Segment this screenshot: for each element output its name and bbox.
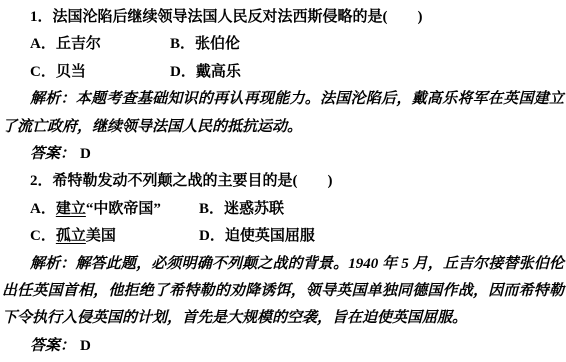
options-row-ab: A．建立“中欧帝国” B．迷惑苏联 bbox=[2, 196, 564, 223]
option-underlined-text: 建立 bbox=[56, 201, 86, 217]
options-row-ab: A．丘吉尔 B．张伯伦 bbox=[2, 31, 564, 58]
option-c: C．孤立美国 bbox=[30, 223, 199, 250]
option-d: D．迫使英国屈服 bbox=[199, 223, 315, 250]
option-d: D．戴高乐 bbox=[170, 59, 241, 86]
answer-label: 答案： bbox=[30, 338, 75, 354]
options-row-cd: C．孤立美国 D．迫使英国屈服 bbox=[2, 223, 564, 250]
analysis-label: 解析： bbox=[30, 256, 75, 272]
option-text: 丘吉尔 bbox=[56, 36, 101, 52]
question-number: 1． bbox=[30, 9, 53, 25]
answer-value: D bbox=[75, 338, 91, 354]
question-stem-text: 希特勒发动不列颠之战的主要目的是( ) bbox=[53, 173, 333, 189]
option-text: 戴高乐 bbox=[196, 64, 241, 80]
analysis-paragraph: 解析：本题考查基础知识的再认再现能力。法国沦陷后，戴高乐将军在英国建立了流亡政府… bbox=[2, 86, 564, 141]
option-label: A． bbox=[30, 201, 56, 217]
option-text: “中欧帝国” bbox=[86, 201, 161, 217]
answer-line: 答案：D bbox=[2, 141, 564, 168]
option-c: C．贝当 bbox=[30, 59, 170, 86]
option-text: 贝当 bbox=[56, 64, 86, 80]
answer-label: 答案： bbox=[30, 146, 75, 162]
option-label: C． bbox=[30, 64, 56, 80]
analysis-text: 解答此题，必须明确不列颠之战的背景。1940 年 5 月，丘吉尔接替张伯伦出任英… bbox=[2, 256, 564, 327]
analysis-label: 解析： bbox=[30, 91, 76, 107]
document-page: 1．法国沦陷后继续领导法国人民反对法西斯侵略的是( ) A．丘吉尔 B．张伯伦 … bbox=[0, 0, 566, 362]
option-b: B．迷惑苏联 bbox=[199, 196, 284, 223]
option-label: C． bbox=[30, 228, 56, 244]
question-block-1: 1．法国沦陷后继续领导法国人民反对法西斯侵略的是( ) A．丘吉尔 B．张伯伦 … bbox=[2, 4, 564, 168]
answer-value: D bbox=[75, 146, 91, 162]
option-label: B． bbox=[170, 36, 195, 52]
option-text: 美国 bbox=[86, 228, 116, 244]
options-row-cd: C．贝当 D．戴高乐 bbox=[2, 59, 564, 86]
option-label: A． bbox=[30, 36, 56, 52]
option-label: D． bbox=[199, 228, 225, 244]
question-stem: 1．法国沦陷后继续领导法国人民反对法西斯侵略的是( ) bbox=[2, 4, 564, 31]
option-underlined-text: 孤立 bbox=[56, 228, 86, 244]
question-block-2: 2．希特勒发动不列颠之战的主要目的是( ) A．建立“中欧帝国” B．迷惑苏联 … bbox=[2, 168, 564, 360]
analysis-text: 本题考查基础知识的再认再现能力。法国沦陷后，戴高乐将军在英国建立了流亡政府，继续… bbox=[2, 91, 564, 134]
option-text: 迷惑苏联 bbox=[224, 201, 284, 217]
option-text: 张伯伦 bbox=[195, 36, 240, 52]
option-a: A．丘吉尔 bbox=[30, 31, 170, 58]
option-b: B．张伯伦 bbox=[170, 31, 240, 58]
analysis-paragraph: 解析：解答此题，必须明确不列颠之战的背景。1940 年 5 月，丘吉尔接替张伯伦… bbox=[2, 251, 564, 333]
question-stem: 2．希特勒发动不列颠之战的主要目的是( ) bbox=[2, 168, 564, 195]
option-text: 迫使英国屈服 bbox=[225, 228, 315, 244]
question-stem-text: 法国沦陷后继续领导法国人民反对法西斯侵略的是( ) bbox=[53, 9, 423, 25]
option-label: B． bbox=[199, 201, 224, 217]
option-label: D． bbox=[170, 64, 196, 80]
question-number: 2． bbox=[30, 173, 53, 189]
option-a: A．建立“中欧帝国” bbox=[30, 196, 199, 223]
answer-line: 答案：D bbox=[2, 333, 564, 360]
